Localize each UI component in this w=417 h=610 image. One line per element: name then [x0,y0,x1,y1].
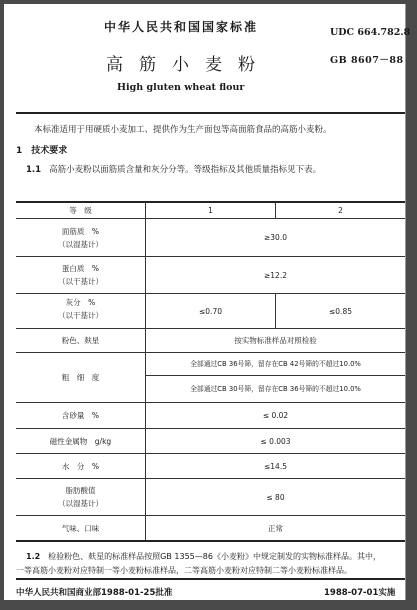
header-rule [16,112,405,114]
clause-1-2-continued: 一等高筋小麦粉对应特制一等小麦粉标准样品，二等高筋小麦粉对应特制二等小麦粉标准样… [16,565,352,576]
document-title-en: High gluten wheat flour [117,82,244,93]
value-protein: ≥12.2 [146,257,405,293]
document-page: 中华人民共和国国家标准 UDC 664.782.8 GB 8607－88 高筋小… [4,4,406,600]
country-standard-label: 中华人民共和国国家标准 [104,18,258,35]
row-label-color: 粉色、麸星 [16,329,145,352]
row-label-moisture: 水 分 % [16,454,145,478]
clause-1-1: 1.1高筋小麦粉以面筋质含量和灰分分等。等级指标及其他质量指标见下表。 [26,163,321,175]
value-fineness-grade-1: 全部通过CB 36号筛，留存在CB 42号筛的不超过10.0% [146,353,405,375]
gb-number: GB 8607－88 [330,52,404,66]
note: （以干基计） [58,275,103,288]
udc-code: UDC 664.782.8 [330,27,410,38]
row-label-magnetic-metal: 磁性金属物 g/kg [16,429,145,453]
clause-text-line1: 检验粉色、麸星的标准样品按照GB 1355—86《小麦粉》中规定制发的实物标准样… [48,552,381,561]
label: 脂肪酸值 [66,484,96,497]
row-label-fatty-acid: 脂肪酸值（以湿基计） [16,479,145,515]
document-title-cn: 高筋小麦粉 [106,50,271,75]
row-label-ash: 灰分 %（以干基计） [16,294,145,326]
header-grade-1: 1 [146,202,275,218]
clause-number: 1.2 [26,552,40,561]
table-bottom-rule [16,540,405,542]
clause-text: 高筋小麦粉以面筋质含量和灰分分等。等级指标及其他质量指标见下表。 [49,165,321,175]
value-fineness-grade-2: 全部通过CB 30号筛，留存在CB 36号筛的不超过10.0% [146,376,405,402]
section-heading: 1 技术要求 [16,143,67,156]
note: （以湿基计） [58,497,103,510]
approval-date: 中华人民共和国商业部1988-01-25批准 [16,586,172,598]
row-label-sand: 含砂量 % [16,403,145,428]
value-sand: ≤ 0.02 [146,403,405,428]
row-label-protein: 蛋白质 %（以干基计） [16,257,145,293]
row-label-odor-taste: 气味、口味 [16,516,145,540]
value-moisture: ≤14.5 [146,454,405,478]
value-ash-grade-1: ≤0.70 [146,294,275,328]
row-label-gluten: 面筋质 %（以湿基计） [16,219,145,256]
clause-1-2: 1.2检验粉色、麸星的标准样品按照GB 1355—86《小麦粉》中规定制发的实物… [26,551,381,562]
value-odor-taste: 正常 [146,516,405,540]
value-fatty-acid: ≤ 80 [146,479,405,515]
note: （以干基计） [58,309,103,322]
effective-date: 1988-07-01实施 [324,586,395,598]
header-grade: 等 级 [16,202,145,218]
note: （以湿基计） [58,238,103,251]
value-gluten: ≥30.0 [146,219,405,256]
intro-paragraph: 本标准适用于用硬质小麦加工、提供作为生产面包等高面筋食品的高筋小麦粉。 [34,123,332,135]
row-label-fineness: 粗 细 度 [16,353,145,402]
value-color: 按实物标准样品对照检验 [146,329,405,352]
header-grade-2: 2 [276,202,405,218]
footer-rule [16,578,405,580]
clause-number: 1.1 [26,165,41,175]
label: 面筋质 % [62,225,99,238]
label: 灰分 % [66,296,96,309]
value-magnetic-metal: ≤ 0.003 [146,429,405,453]
label: 蛋白质 % [62,262,99,275]
value-ash-grade-2: ≤0.85 [276,294,405,328]
